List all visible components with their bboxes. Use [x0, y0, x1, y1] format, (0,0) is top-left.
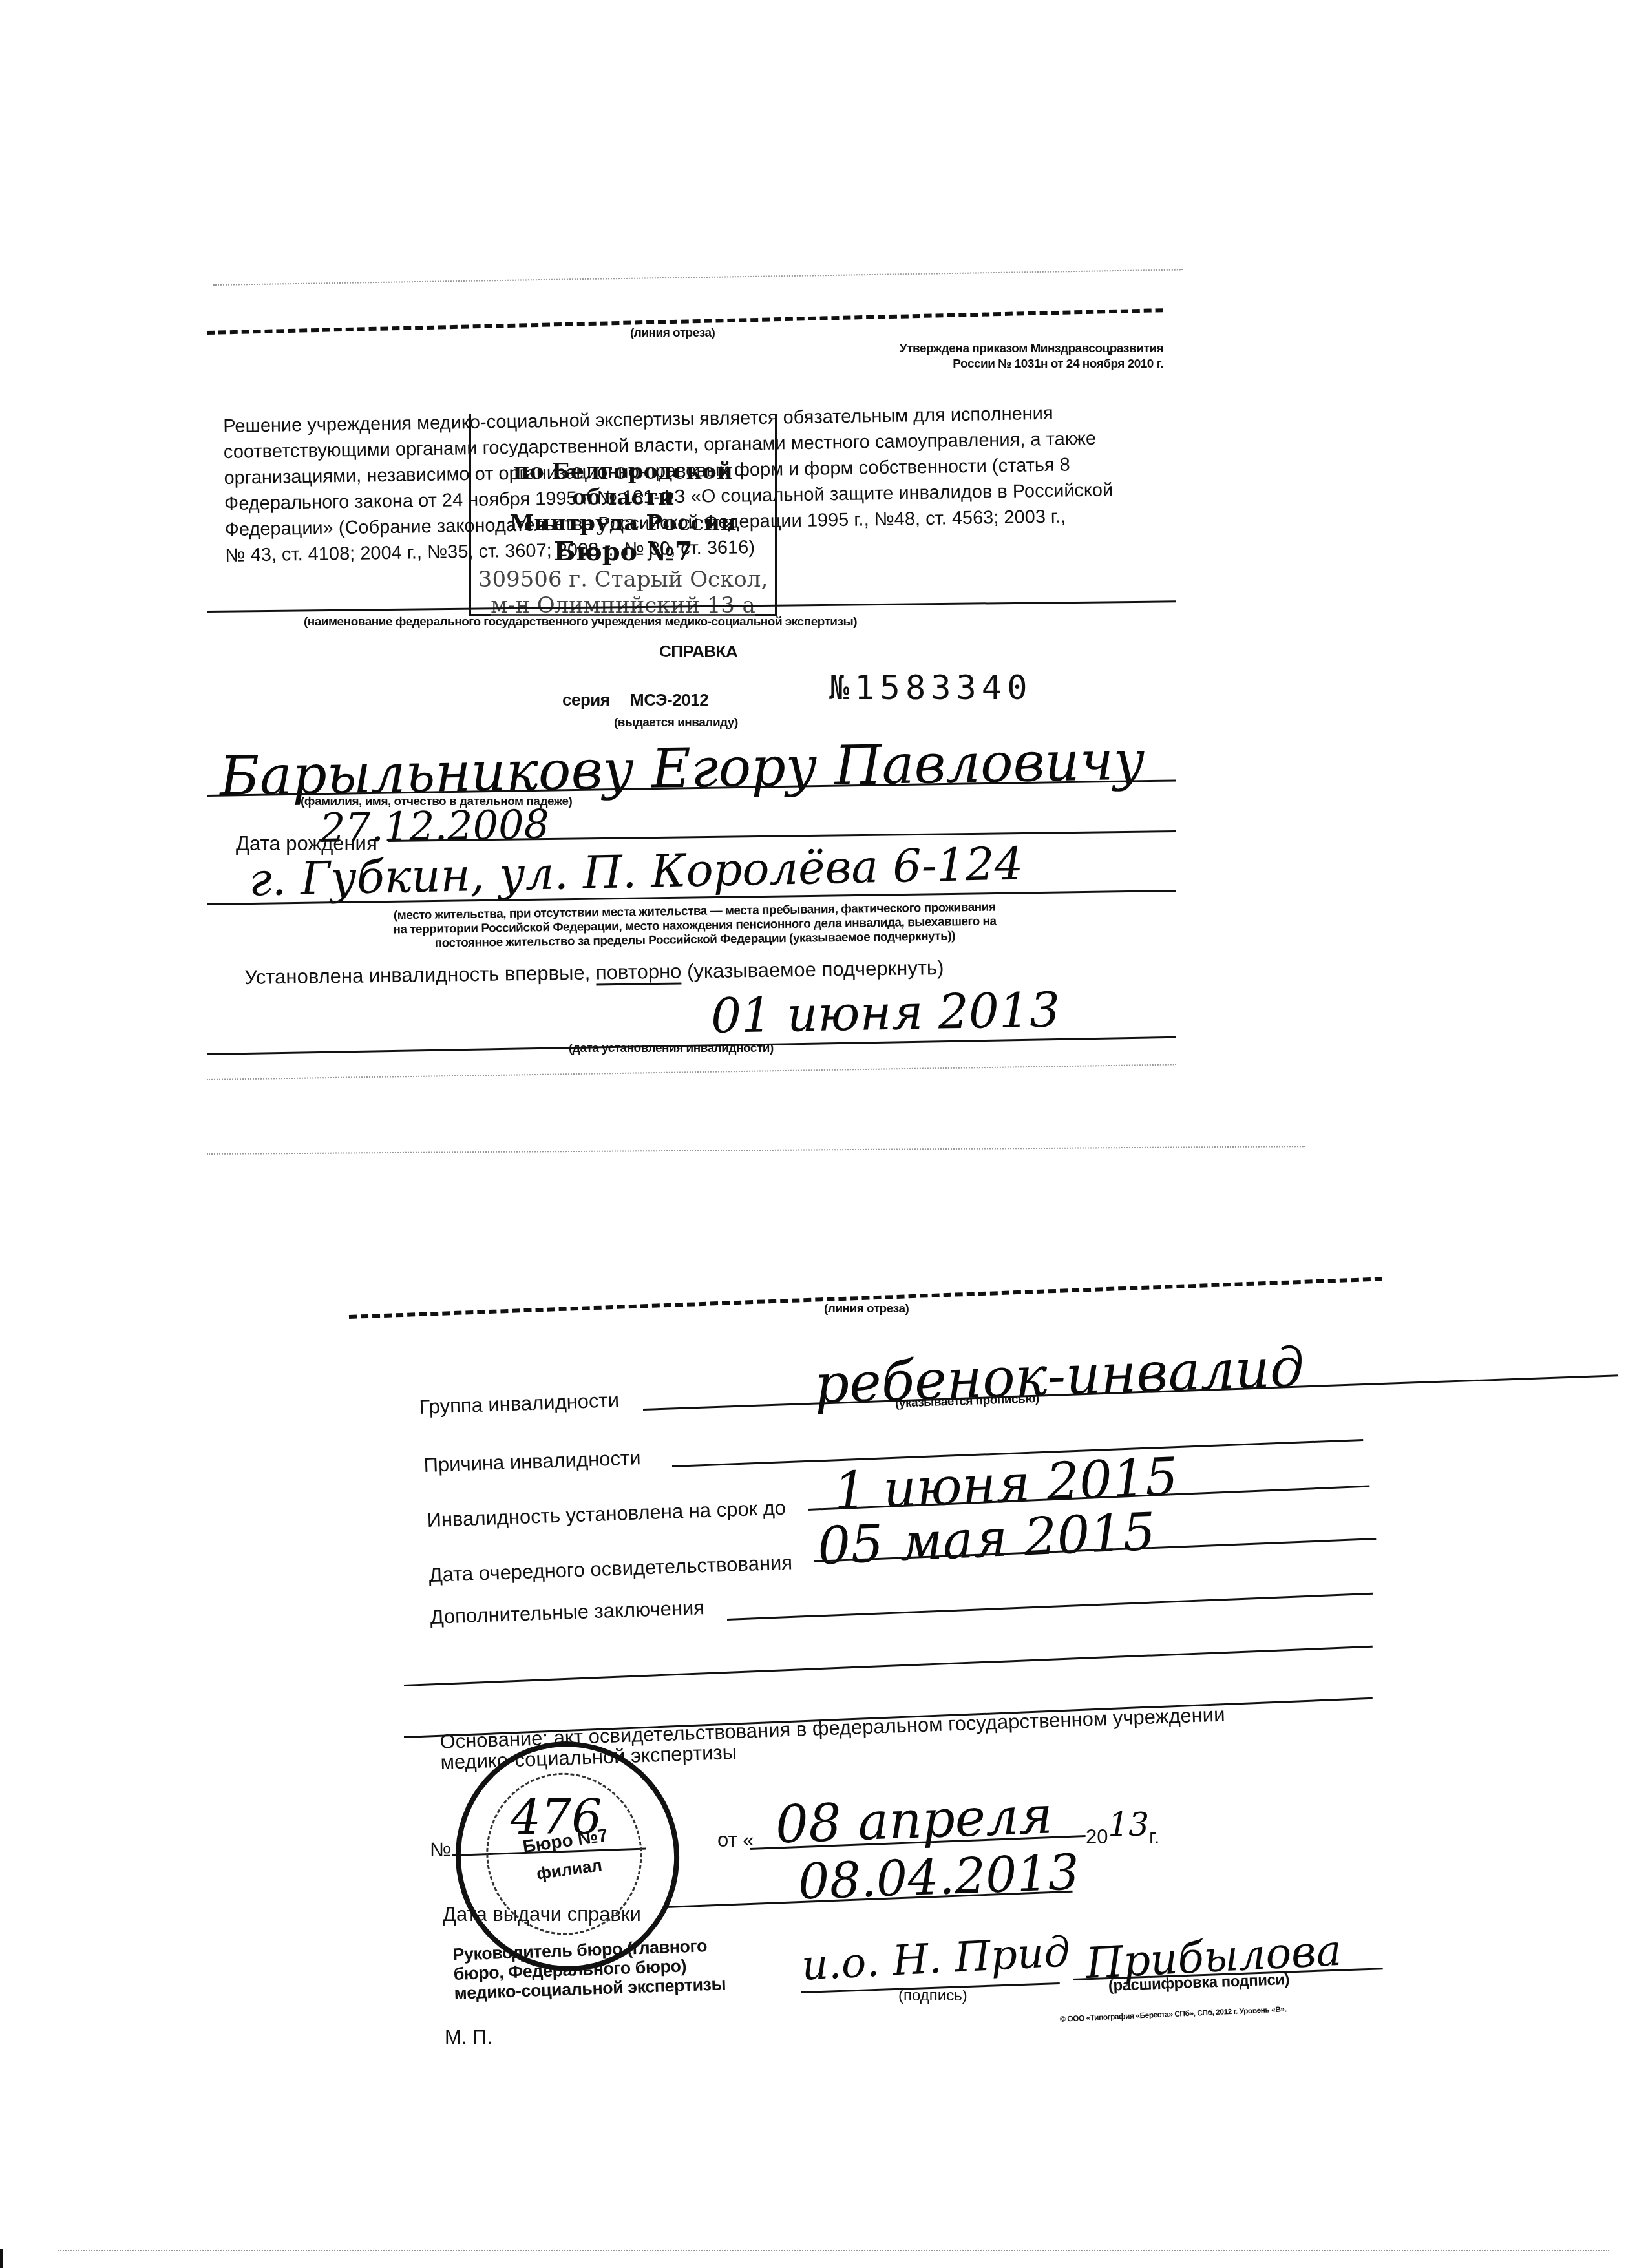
stamp-line: Бюро №7 [471, 536, 775, 567]
act-year: 2013г. [1086, 1806, 1159, 1849]
scan-artifact [207, 1064, 1176, 1080]
act-date-value: 08 апреля [775, 1785, 1054, 1855]
additional-label: Дополнительные заключения [430, 1596, 705, 1629]
document-title: СПРАВКА [659, 642, 737, 662]
cut-line-label: (линия отреза) [824, 1302, 909, 1316]
act-year-suffix: г. [1149, 1825, 1159, 1848]
address-caption: (место жительства, при отсутствии места … [223, 898, 1167, 954]
scan-artifact [58, 2250, 1609, 2251]
approval-line-1: Утверждена приказом Минздравсоцразвития [814, 341, 1163, 357]
act-year-value: 13 [1108, 1806, 1149, 1843]
approval-note: Утверждена приказом Минздравсоцразвития … [814, 341, 1163, 372]
cut-line-label: (линия отреза) [630, 326, 715, 341]
term-label: Инвалидность установлена на срок до [427, 1496, 787, 1532]
issued-to-caption: (выдается инвалиду) [614, 716, 738, 730]
stamp-place-label: М. П. [445, 2026, 492, 2049]
scan-artifact [207, 1146, 1305, 1155]
additional-line-2[interactable] [404, 1646, 1373, 1686]
established-date-caption: (дата установления инвалидности) [569, 1042, 774, 1056]
signature-caption: (подпись) [898, 1987, 967, 2005]
group-value: ребенок-инвалид [814, 1336, 1305, 1416]
established-date-value: 01 июня 2013 [710, 982, 1060, 1044]
approval-line-2: России № 1031н от 24 ноября 2010 г. [814, 357, 1163, 372]
stamp-line: Минтруда России [471, 510, 775, 536]
additional-line-1[interactable] [727, 1593, 1373, 1621]
act-number-label: № [430, 1838, 451, 1862]
established-option-first[interactable]: впервые [505, 961, 585, 985]
act-from-label: от « [717, 1829, 754, 1852]
scan-artifact [213, 269, 1183, 286]
institution-stamp: по Белгородской области Минтруда России … [469, 414, 777, 616]
birth-value: 27.12.2008 [319, 801, 549, 852]
series-value: МСЭ-2012 [630, 690, 708, 710]
scan-edge [0, 2249, 3, 2268]
printer-note: © ООО «Типография «Береста» СПб», СПб, 2… [1060, 2004, 1287, 2023]
signature-value: и.о. Н. Прид [800, 1928, 1071, 1990]
head-label: Руководитель бюро (главного бюро, Федера… [452, 1935, 726, 2003]
established-hint: (указываемое подчеркнуть) [687, 956, 944, 983]
established-label: Установлена инвалидность [244, 962, 500, 988]
next-exam-label: Дата очередного освидетельствования [428, 1551, 793, 1587]
established-row: Установлена инвалидность впервые, повтор… [244, 956, 944, 989]
certificate-number: №1583340 [829, 669, 1032, 708]
cause-label: Причина инвалидности [423, 1446, 641, 1477]
established-option-repeat[interactable]: повторно [596, 960, 682, 986]
act-year-prefix: 20 [1086, 1825, 1108, 1848]
stamp-line: по Белгородской области [471, 459, 775, 510]
series-label: серия [562, 690, 609, 710]
group-label: Группа инвалидности [419, 1389, 620, 1419]
institution-caption: (наименование федерального государственн… [304, 615, 857, 629]
stamp-line: 309506 г. Старый Оскол, [471, 567, 775, 593]
